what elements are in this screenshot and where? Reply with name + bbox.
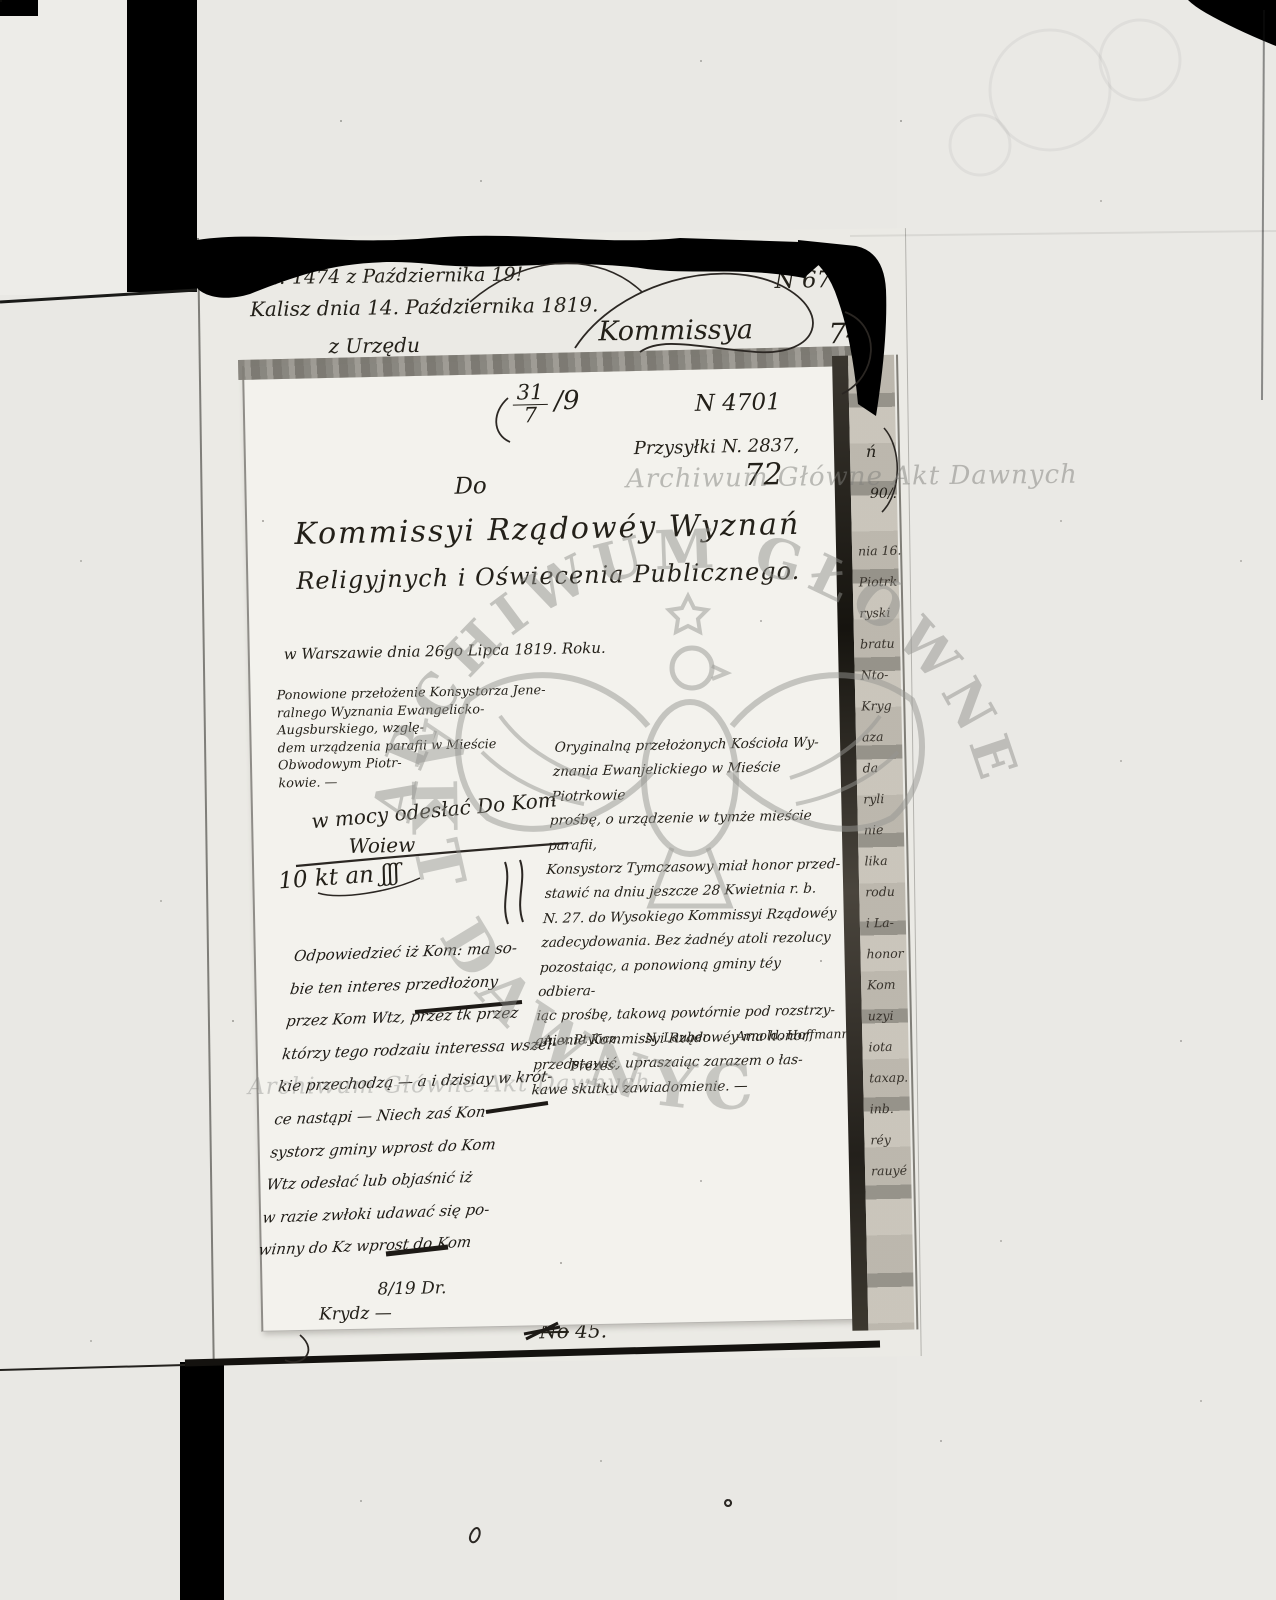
received-mark-fraction: 31 7	[512, 382, 548, 427]
received-month: 7	[524, 405, 538, 426]
dateline: w Warszawie dnia 26go Lipca 1819. Roku.	[284, 639, 606, 663]
edge-fragment: réy	[870, 1130, 910, 1150]
edge-fragment: uzyi	[868, 1006, 908, 1026]
edge-fragment: honor	[866, 944, 906, 964]
folio-74: 74	[828, 317, 864, 350]
edge-fragment: lika	[864, 851, 904, 871]
film-backing-right	[897, 0, 1276, 1600]
edge-fragment: rodu	[865, 882, 905, 902]
draft-date: 8/19 Dr.	[377, 1278, 446, 1299]
inner-letter-page: 31 7 /9 N 4701 Przysyłki N. 2837, 72 Do …	[242, 354, 859, 1332]
annotation-line-2: Woiew	[348, 833, 415, 858]
backing-seam-bottom-left	[0, 1365, 185, 1370]
salutation-do: Do	[454, 473, 487, 500]
edge-fragment: nia 16.	[858, 541, 898, 561]
summary-block: Ponowione przełożenie Konsystorza Jene-r…	[276, 682, 568, 793]
received-day: 31	[512, 382, 547, 406]
kommissya-note: Kommissya	[598, 314, 753, 347]
draft-reply-text: Odpowiedzieć iż Kom: ma so-bie ten inter…	[257, 927, 642, 1267]
edge-fragment: da	[862, 758, 902, 778]
received-mark: 31 7 /9	[512, 381, 580, 426]
number-6703: N 6703	[774, 267, 860, 294]
summary-line: dem urządzenia parafii w Mieście Obwodow…	[278, 734, 569, 775]
registry-date-line: Kalisz dnia 14. Października 1819.	[250, 292, 599, 321]
edge-fragment: Piotrk	[859, 572, 899, 592]
edge-fragment: i La-	[866, 913, 906, 933]
film-band-vertical-top	[127, 0, 197, 292]
edge-fragment: inb.	[870, 1099, 910, 1119]
draft-krydz: Krydz —	[319, 1303, 392, 1324]
edge-fragment: ryski	[859, 603, 899, 623]
edge-fragment: ryli	[863, 789, 903, 809]
addressee-line-2: Religyjnych i Oświecenia Publicznego.	[288, 557, 808, 595]
scanned-archival-document: N: 1474 z Października 19! Kalisz dnia 1…	[0, 0, 1276, 1600]
summary-line: ralnego Wyznania Ewangelicko-Augsburskie…	[277, 699, 568, 740]
edge-fragment: Kom	[867, 975, 907, 995]
edge-fragment: Nto-	[860, 665, 900, 685]
body-line: znania Ewanjelickiego w Mieście Piotrkow…	[551, 754, 856, 809]
signature: N. Lauber.	[645, 1029, 711, 1045]
addressee-line-1: Kommissyi Rządowéy Wyznań	[287, 507, 808, 552]
edge-fragment: rauyé	[871, 1161, 911, 1181]
edge-fragment: bratu	[860, 634, 900, 654]
signature: Arnold. Hoffmann	[736, 1026, 849, 1043]
edge-fragment: aza	[862, 727, 902, 747]
letter-number: N 4701	[695, 389, 781, 417]
received-year: /9	[554, 386, 580, 417]
registry-z-urzedu: z Urzędu	[328, 333, 420, 358]
przysylka-number: Przysyłki N. 2837,	[634, 435, 800, 459]
body-line: prośbę, o urządzenie w tymże mieście par…	[547, 803, 852, 858]
edge-fragment: taxap.	[869, 1068, 909, 1088]
film-band-vertical-bottom	[180, 1362, 224, 1600]
registry-number-line: N: 1474 z Października 19!	[263, 263, 523, 289]
film-backing-top-left	[0, 0, 127, 295]
margin-mark-90: 90/.	[870, 486, 897, 502]
margin-mark-n: ń	[866, 442, 876, 461]
edge-fragment: Kryg	[861, 696, 901, 716]
annotation-line-3: 10 kt an ʃʃʃ	[277, 860, 400, 895]
edge-fragment: iota	[868, 1037, 908, 1057]
edge-fragment: nie	[864, 820, 904, 840]
annotation-line-1: w mocy odesłać Do Kom	[310, 787, 557, 833]
film-speckles	[0, 0, 2, 2]
folio-72: 72	[744, 457, 783, 493]
